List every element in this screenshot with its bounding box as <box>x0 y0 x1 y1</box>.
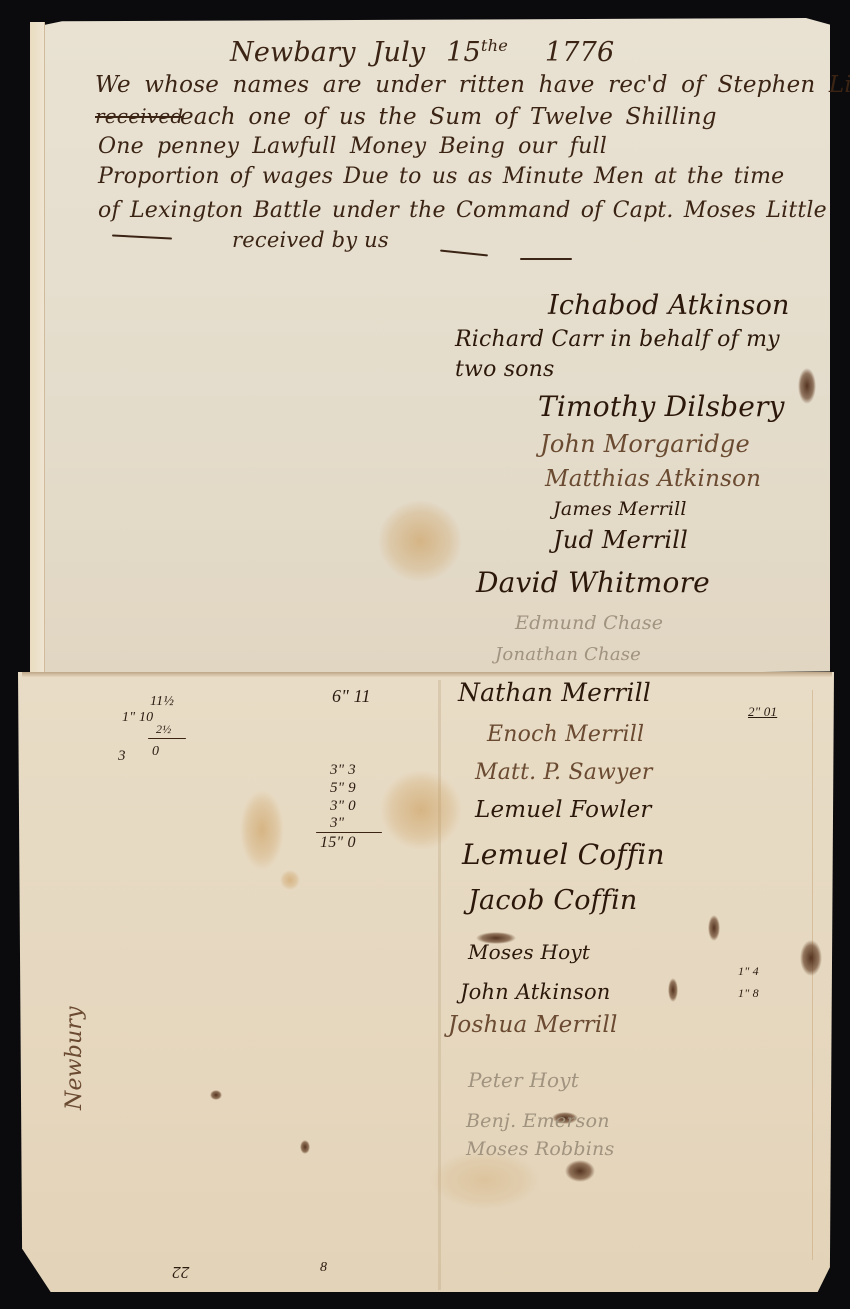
left-calc-5: 0 <box>152 744 159 760</box>
vertical-fold <box>438 680 441 1290</box>
middle-sum-3: 3" 0 <box>330 798 356 815</box>
signature-19: Joshua Merrill <box>448 1012 618 1038</box>
ink-blot-6 <box>708 915 720 941</box>
right-calc-1: 1" 4 <box>738 964 759 979</box>
header-day-suffix: the <box>481 36 508 55</box>
ink-blot-4 <box>565 1160 595 1182</box>
signature-6: James Merrill <box>553 498 687 520</box>
stain-left-lower <box>240 790 284 870</box>
signature-1: Ichabod Atkinson <box>548 290 790 321</box>
stain-center-lower <box>380 770 462 850</box>
signature-17: Moses Hoyt <box>468 940 590 964</box>
right-calc-2: 1" 8 <box>738 986 759 1001</box>
header-month: July <box>372 37 425 68</box>
signature-15: Lemuel Coffin <box>462 838 665 871</box>
body-line-6: received by us <box>232 228 389 252</box>
left-calc-1: 11½ <box>150 694 174 710</box>
body-line-4: Proportion of wages Due to us as Minute … <box>98 164 784 189</box>
left-calc-rule <box>148 738 186 739</box>
middle-sum-2: 5" 9 <box>330 780 356 797</box>
signature-16: Jacob Coffin <box>468 885 638 916</box>
middle-sum-rule <box>316 832 382 833</box>
middle-sum-total: 15" 0 <box>320 834 356 852</box>
bottom-mark: 8 <box>320 1260 327 1276</box>
signature-10: Jonathan Chase <box>495 644 641 665</box>
middle-sum-1: 3" 3 <box>330 762 356 779</box>
body-line-5: of Lexington Battle under the Command of… <box>98 198 827 223</box>
ink-blot-7 <box>668 978 678 1002</box>
header-place: Newbary <box>230 37 356 68</box>
left-calc-4: 3 <box>118 748 126 765</box>
ink-blot-3 <box>800 940 822 976</box>
ink-blot-9 <box>300 1140 310 1154</box>
signature-4: John Morgaridge <box>540 430 750 458</box>
signature-14: Lemuel Fowler <box>475 797 652 823</box>
signature-20: Peter Hoyt <box>468 1068 579 1092</box>
ink-blot-8 <box>210 1090 222 1100</box>
signature-3: Timothy Dilsbery <box>538 390 785 423</box>
signature-9: Edmund Chase <box>515 612 663 634</box>
struck-word: received <box>95 104 183 128</box>
body-line-2: each one of us the Sum of Twelve Shillin… <box>180 104 717 130</box>
bottom-number-inverted: 22 <box>172 1262 189 1282</box>
signature-5: Matthias Atkinson <box>545 466 761 492</box>
signature-22: Moses Robbins <box>466 1138 614 1160</box>
header-day: 15 <box>446 37 481 68</box>
stain-center-upper <box>378 500 462 582</box>
left-calc-2: 1" 10 <box>122 710 153 726</box>
signature-11: Nathan Merrill <box>458 678 651 707</box>
document-photo: Newbary July 15the 1776 We whose names a… <box>0 0 850 1309</box>
header-year: 1776 <box>545 37 615 68</box>
header-date: Newbary July 15the 1776 <box>230 36 614 68</box>
signature-7: Jud Merrill <box>553 526 688 554</box>
signature-2: Richard Carr in behalf of my two sons <box>455 325 825 385</box>
signature-8: David Whitmore <box>476 566 710 599</box>
stain-small <box>280 870 300 890</box>
body-line-1: We whose names are under ritten have rec… <box>95 72 850 98</box>
paper-left-edge <box>30 22 45 672</box>
signature-13: Matt. P. Sawyer <box>475 760 653 785</box>
docket-vertical: Newbury <box>62 1006 87 1110</box>
middle-sum-4: 3" <box>330 815 344 832</box>
right-mark: 2" 01 <box>748 704 777 720</box>
signature-21: Benj. Emerson <box>466 1110 610 1132</box>
paper-lower-panel <box>18 672 834 1292</box>
body-line-3: One penney Lawfull Money Being our full <box>98 134 607 159</box>
horizontal-fold <box>22 672 832 677</box>
left-calc-3: 2½ <box>156 722 171 737</box>
signature-12: Enoch Merrill <box>487 722 644 747</box>
signature-18: John Atkinson <box>460 980 611 1004</box>
flourish-right-2 <box>520 258 572 260</box>
middle-total-top: 6" 11 <box>332 686 371 707</box>
